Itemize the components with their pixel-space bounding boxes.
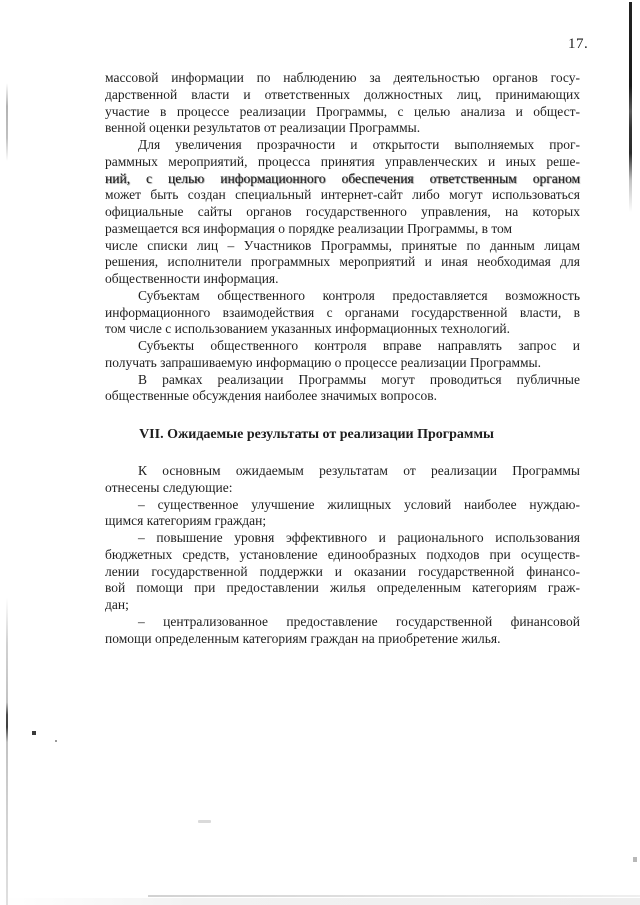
text-line: официальные сайты органов государственно… <box>105 204 580 221</box>
text-line: Субъекты общественного контроля вправе н… <box>105 338 580 355</box>
body-after-heading: К основным ожидаемым результатам от реал… <box>105 463 580 647</box>
paragraph: В рамках реализации Программы могут пров… <box>105 372 580 406</box>
text-line: Для увеличения прозрачности и открытости… <box>105 137 580 154</box>
page-number: 17. <box>568 36 588 53</box>
text-line: венной оценки результатов от реализации … <box>105 120 580 137</box>
text-line: ний, с целью информационного обеспечения… <box>105 171 580 188</box>
text-line: массовой информации по наблюдению за дея… <box>105 70 580 87</box>
scan-bottom-line <box>148 895 640 897</box>
text-line: решения, исполнители программных меропри… <box>105 254 580 271</box>
paragraph: Для увеличения прозрачности и открытости… <box>105 137 580 288</box>
scan-edge-line-right <box>629 2 632 212</box>
scan-ink-dot <box>32 731 36 735</box>
paragraph: – повышение уровня эффективного и рацион… <box>105 530 580 614</box>
scan-dash-mark <box>198 820 211 823</box>
text-line: том числе с использованием указанных инф… <box>105 321 580 338</box>
scan-bottom-band <box>0 898 640 905</box>
text-line: Субъектам общественного контроля предост… <box>105 288 580 305</box>
text-line: общественные обсуждения наиболее значимы… <box>105 388 580 405</box>
text-line: участие в процессе реализации Программы,… <box>105 104 580 121</box>
text-line: вой помощи при предоставлении жилья опре… <box>105 580 580 597</box>
text-line: В рамках реализации Программы могут пров… <box>105 372 580 389</box>
text-line: лении государственной поддержки и оказан… <box>105 564 580 581</box>
text-line: К основным ожидаемым результатам от реал… <box>105 463 580 480</box>
text-line: дан; <box>105 597 580 614</box>
document-page: 17. массовой информации по наблюдению за… <box>0 0 640 905</box>
paragraph: К основным ожидаемым результатам от реал… <box>105 463 580 497</box>
text-line: информационного взаимодействия с органам… <box>105 305 580 322</box>
text-line: бюджетных средств, установление единообр… <box>105 547 580 564</box>
text-line: размещается вся информация о порядке реа… <box>105 221 580 238</box>
paragraph: – централизованное предоставление госуда… <box>105 614 580 648</box>
section-heading: VII. Ожидаемые результаты от реализации … <box>79 426 554 443</box>
paragraph: массовой информации по наблюдению за дея… <box>105 70 580 137</box>
scan-right-speck <box>633 857 637 862</box>
paragraph: – существенное улучшение жилищных услови… <box>105 497 580 531</box>
text-line: щимся категориям граждан; <box>105 513 580 530</box>
scan-edge-line-left-bottom <box>6 598 8 905</box>
text-line: – существенное улучшение жилищных услови… <box>105 497 580 514</box>
paragraph: Субъекты общественного контроля вправе н… <box>105 338 580 372</box>
text-line: помощи определенным категориям граждан н… <box>105 631 580 648</box>
text-line: получать запрашиваемую информацию о проц… <box>105 355 580 372</box>
text-line: числе списки лиц – Участников Программы,… <box>105 238 580 255</box>
text-line: отнесены следующие: <box>105 480 580 497</box>
text-line: – централизованное предоставление госуда… <box>105 614 580 631</box>
text-line: раммных мероприятий, процесса принятия у… <box>105 154 580 171</box>
text-line: может быть создан специальный интернет-с… <box>105 187 580 204</box>
scan-ink-speck <box>55 740 57 742</box>
body-before-heading: массовой информации по наблюдению за дея… <box>105 70 580 405</box>
paragraph: Субъектам общественного контроля предост… <box>105 288 580 338</box>
text-line: – повышение уровня эффективного и рацион… <box>105 530 580 547</box>
text-line: дарственной власти и ответственных должн… <box>105 87 580 104</box>
text-block: массовой информации по наблюдению за дея… <box>105 70 580 647</box>
scan-edge-line-left-top <box>6 83 8 161</box>
text-line: общественности информация. <box>105 271 580 288</box>
